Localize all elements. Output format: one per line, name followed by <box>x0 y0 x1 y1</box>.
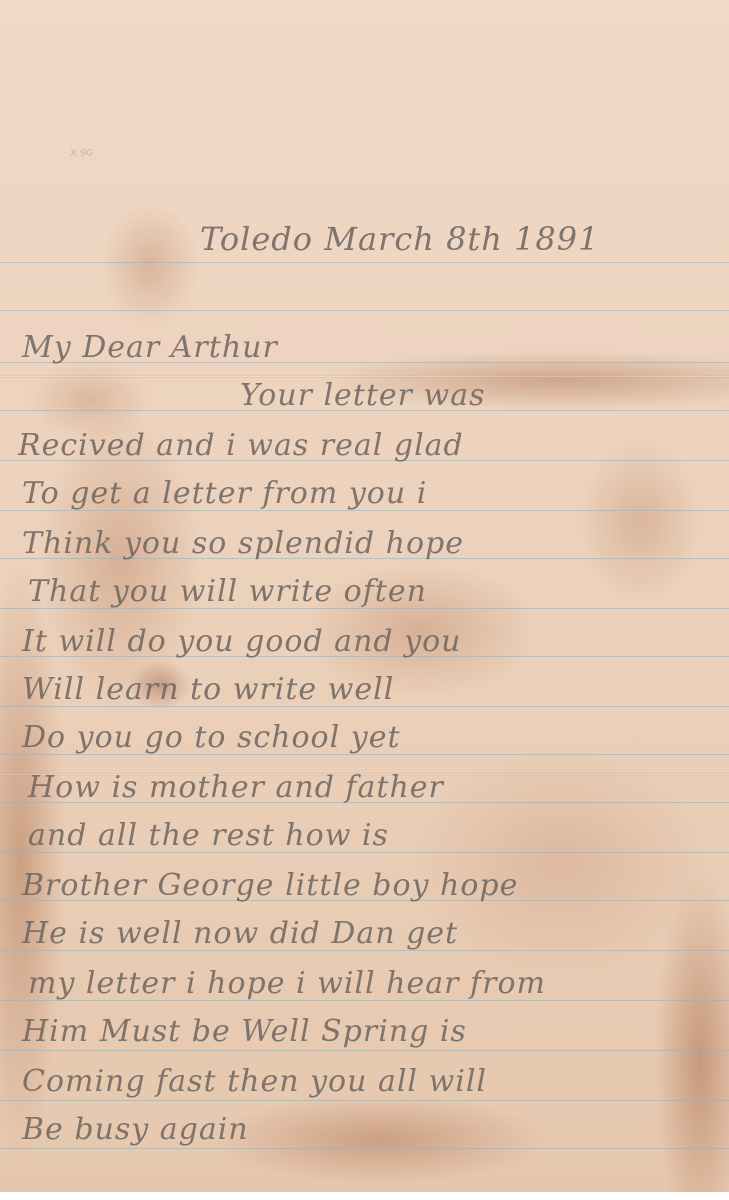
salutation: My Dear Arthur <box>22 330 278 365</box>
letter-line: Will learn to write well <box>22 672 394 707</box>
dateline: Toledo March 8th 1891 <box>200 220 600 258</box>
letter-line: That you will write often <box>28 574 427 609</box>
ruled-line <box>0 262 729 263</box>
ruled-line <box>0 1100 729 1101</box>
paper-watermark: X 90 <box>70 148 93 159</box>
letter-line: It will do you good and you <box>22 624 461 659</box>
letter-line: Coming fast then you all will <box>22 1064 487 1099</box>
letter-line: Brother George little boy hope <box>22 868 518 903</box>
letter-line: He is well now did Dan get <box>22 916 458 951</box>
letter-line: Recived and i was real glad <box>18 428 464 463</box>
letter-line: Him Must be Well Spring is <box>22 1014 467 1049</box>
scan-margin <box>0 1192 729 1200</box>
letter-line: Be busy again <box>22 1112 249 1147</box>
letter-line: Your letter was <box>240 378 486 413</box>
letter-line: my letter i hope i will hear from <box>28 966 546 1001</box>
ruled-line <box>0 1050 729 1051</box>
letter-line: Think you so splendid hope <box>22 526 464 561</box>
letter-page: X 90 Toledo March 8th 1891 My Dear Arthu… <box>0 0 729 1192</box>
ruled-line <box>0 310 729 311</box>
ruled-line <box>0 1148 729 1149</box>
letter-line: Do you go to school yet <box>22 720 401 755</box>
letter-line: and all the rest how is <box>28 818 389 853</box>
letter-line: To get a letter from you i <box>22 476 427 511</box>
letter-line: How is mother and father <box>28 770 444 805</box>
